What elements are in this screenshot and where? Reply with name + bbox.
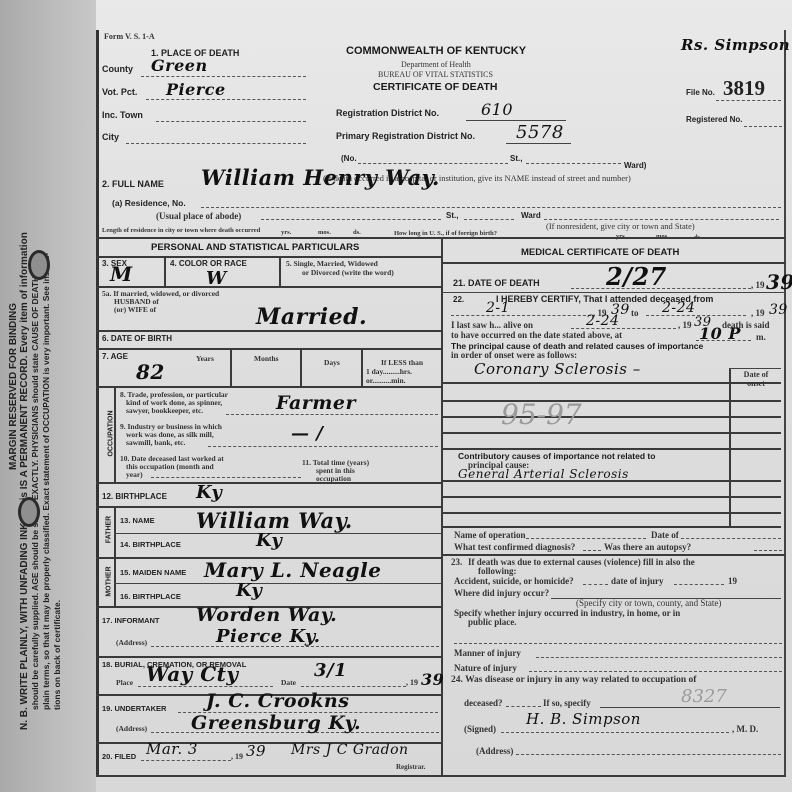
margin-line-1: N. B. WRITE PLAINLY, WITH UNFADING INK—T… <box>19 70 30 730</box>
age-label: 7. AGE <box>102 352 128 361</box>
county-value: Green <box>151 56 208 75</box>
city-label: City <box>102 132 119 142</box>
signed-label: (Signed) <box>464 724 496 734</box>
industry-value: — / <box>291 423 323 444</box>
specify-whether-2: public place. <box>468 617 517 627</box>
filed-year-prefix: , 19 <box>231 752 243 761</box>
length-ds: ds. <box>353 229 361 236</box>
address-no-label: (No. <box>341 154 357 163</box>
reg-district-value: 610 <box>481 100 513 119</box>
operation-date-label: Date of <box>651 530 679 540</box>
injury-date-label: date of injury <box>611 576 664 586</box>
birthplace-value: Ky <box>196 482 222 503</box>
column-divider <box>441 237 443 775</box>
residence-st-label: St., <box>446 211 458 220</box>
vot-pct-label: Vot. Pct. <box>102 87 137 97</box>
certificate-title: CERTIFICATE OF DEATH <box>373 81 497 93</box>
external-text-2: following: <box>478 566 517 576</box>
primary-reg-district-value: 5578 <box>516 122 564 143</box>
spouse-value: Married. <box>256 304 367 330</box>
external-number: 23. <box>451 557 462 567</box>
marital-label-1: 5. Single, Married, Widowed <box>286 259 378 268</box>
informant-value: Worden Way. <box>196 604 337 626</box>
undertaker-address-label: (Address) <box>116 724 147 733</box>
form-number: Form V. S. 1-A <box>104 32 155 41</box>
registrar-signature: Mrs J C Gradon <box>291 742 409 758</box>
father-birthplace-label: 14. BIRTHPLACE <box>120 540 181 549</box>
birthplace-label: 12. BIRTHPLACE <box>102 492 167 501</box>
occupation-side-label: OCCUPATION <box>108 404 115 464</box>
vot-pct-value: Pierce <box>166 80 226 99</box>
to-label: to <box>631 308 639 318</box>
race-label: 4. COLOR OR RACE <box>170 259 247 268</box>
death-certificate-page: MARGIN RESERVED FOR BINDING N. B. WRITE … <box>0 0 792 792</box>
less-than-label-1: If LESS than <box>381 358 423 367</box>
file-no-label: File No. <box>686 88 715 97</box>
margin-line-3: plain terms, so that it may be properly … <box>41 70 52 710</box>
nonresident-note: (If nonresident, give city or town and S… <box>546 221 695 231</box>
trade-value: Farmer <box>276 392 356 414</box>
margin-line-4: tions on back of certificate. <box>52 70 63 710</box>
mother-side-label: MOTHER <box>106 557 113 607</box>
primary-reg-district-line <box>506 143 571 144</box>
time-of-death-value: 10 P <box>699 324 741 343</box>
informant-label: 17. INFORMANT <box>102 616 160 625</box>
how-long-us-label: How long in U. S., if of foreign birth? <box>394 230 497 237</box>
operation-label: Name of operation <box>454 530 526 540</box>
marital-label-2: or Divorced (write the word) <box>302 268 394 277</box>
less-than-label-3: or..........min. <box>366 376 406 385</box>
undertaker-value: J. C. Crookns <box>206 690 349 712</box>
contributory-cause-value: General Arterial Sclerosis <box>458 467 629 481</box>
stamp-signature: Rs. Simpson <box>681 36 790 54</box>
burial-year-value: 39 <box>421 670 444 689</box>
last-saw-label: I last saw h... alive on <box>451 320 533 330</box>
date-onset-label: Date of onset <box>736 370 776 388</box>
months-label: Months <box>254 354 279 363</box>
dod-year-prefix: , 19 <box>751 280 765 290</box>
attended-to-year-prefix: , 19 <box>751 308 765 318</box>
test-label: What test confirmed diagnosis? <box>454 542 575 552</box>
registrar-label: Registrar. <box>396 763 425 771</box>
punch-hole-lower <box>18 497 40 527</box>
spouse-label-3: (or) WIFE of <box>114 305 156 314</box>
residence-ward-label: Ward <box>521 211 541 220</box>
bureau-label: BUREAU OF VITAL STATISTICS <box>378 70 493 79</box>
certificate-form: Form V. S. 1-A 1. PLACE OF DEATH COMMONW… <box>96 30 788 782</box>
commonwealth-title: COMMONWEALTH OF KENTUCKY <box>346 45 526 57</box>
form-bottom-line <box>96 775 786 777</box>
dod-year-value: 39 <box>766 270 792 294</box>
industry-label-3: sawmill, bank, etc. <box>126 438 185 447</box>
dob-label: 6. DATE OF BIRTH <box>102 334 172 343</box>
inc-town-label: Inc. Town <box>102 110 143 120</box>
address-st-label: St., <box>510 154 522 163</box>
mother-birthplace-value: Ky <box>236 580 262 601</box>
principal-text-2: in order of onset were as follows: <box>451 350 577 360</box>
primary-reg-district-label: Primary Registration District No. <box>336 131 475 141</box>
principal-cause-value: Coronary Sclerosis – <box>474 360 641 378</box>
margin-line-2: should be carefully supplied. AGE should… <box>30 70 41 710</box>
deceased-label: deceased? <box>464 698 503 708</box>
length-residence-label: Length of residence in city or town wher… <box>102 227 260 234</box>
punch-hole-upper <box>28 250 50 280</box>
nature-label: Nature of injury <box>454 663 517 673</box>
file-number: 3819 <box>723 76 765 101</box>
last-worked-label-3: year) <box>126 470 143 479</box>
burial-year-prefix: , 19 <box>406 678 418 687</box>
city-line <box>126 143 306 144</box>
filed-label: 20. FILED <box>102 752 136 761</box>
autopsy-label: Was there an autopsy? <box>604 542 691 552</box>
department-label: Department of Health <box>401 60 471 69</box>
age-years-value: 82 <box>136 360 165 384</box>
dod-label: 21. DATE OF DEATH <box>453 278 540 288</box>
medical-heading: MEDICAL CERTIFICATE OF DEATH <box>521 247 679 258</box>
days-label: Days <box>324 358 340 367</box>
injury-year-label: 19 <box>728 576 737 586</box>
pencil-code-2: 8327 <box>681 686 727 707</box>
where-label: Where did injury occur? <box>454 588 549 598</box>
mother-name-label: 15. MAIDEN NAME <box>120 568 186 577</box>
reg-district-line <box>466 120 566 121</box>
margin-reserved: MARGIN RESERVED FOR BINDING <box>8 303 19 470</box>
md-label: , M. D. <box>732 724 758 734</box>
full-name-value: William Henry Way. <box>201 165 440 190</box>
accident-label: Accident, suicide, or homicide? <box>454 576 574 586</box>
inc-town-line <box>156 121 306 122</box>
address-ward-label: Ward) <box>624 161 646 170</box>
last-saw-year-prefix: , 19 <box>678 320 692 330</box>
registered-no-label: Registered No. <box>686 115 742 124</box>
length-yrs: yrs. <box>281 229 291 236</box>
filed-year-value: 39 <box>246 742 266 760</box>
margin-instructions: MARGIN RESERVED FOR BINDING N. B. WRITE … <box>8 70 63 770</box>
filed-date-value: Mar. 3 <box>146 740 198 758</box>
county-line <box>141 76 306 77</box>
usual-place-label: (Usual place of abode) <box>156 211 241 221</box>
burial-date-value: 3/1 <box>314 660 347 681</box>
father-birthplace-value: Ky <box>256 530 282 551</box>
specify-place-note: (Specify city or town, county, and State… <box>576 598 721 608</box>
attended-from-value: 2-1 <box>486 300 510 316</box>
mother-name-value: Mary L. Neagle <box>204 558 381 582</box>
physician-signature: H. B. Simpson <box>526 710 641 728</box>
certify-number: 22. <box>453 295 464 304</box>
informant-address-value: Pierce Ky. <box>216 626 320 647</box>
pencil-cause-code: 95-97 <box>501 398 582 431</box>
father-name-label: 13. NAME <box>120 516 155 525</box>
full-name-label: 2. FULL NAME <box>102 179 164 189</box>
attended-to-value: 2-24 <box>662 300 695 316</box>
physician-address-label: (Address) <box>476 746 513 756</box>
attended-to-year: 39 <box>769 302 788 318</box>
trade-label-3: sawyer, bookkeeper, etc. <box>126 406 203 415</box>
occurred-text: to have occurred on the date stated abov… <box>451 330 622 340</box>
burial-place-value: Way Cty <box>146 662 239 686</box>
manner-label: Manner of injury <box>454 648 521 658</box>
undertaker-address-value: Greensburg Ky. <box>191 712 361 734</box>
reg-district-label: Registration District No. <box>336 108 439 118</box>
occupation-question: 24. Was disease or injury in any way rel… <box>451 675 696 685</box>
mother-birthplace-label: 16. BIRTHPLACE <box>120 592 181 601</box>
father-side-label: FATHER <box>106 505 113 555</box>
personal-heading: PERSONAL AND STATISTICAL PARTICULARS <box>151 242 359 253</box>
informant-address-label: (Address) <box>116 638 147 647</box>
last-saw-value: 2-24 <box>586 313 619 329</box>
undertaker-label: 19. UNDERTAKER <box>102 704 166 713</box>
residence-label: (a) Residence, No. <box>112 198 186 208</box>
registered-no-line <box>744 126 782 127</box>
vot-pct-line <box>146 99 306 100</box>
binding-margin: MARGIN RESERVED FOR BINDING N. B. WRITE … <box>0 0 96 792</box>
if-so-label: If so, specify <box>543 698 591 708</box>
sex-value: M <box>110 262 133 286</box>
burial-place-label: Place <box>116 678 133 687</box>
length-mos: mos. <box>318 229 331 236</box>
years-label: Years <box>196 354 214 363</box>
m-label: m. <box>756 332 766 342</box>
less-than-label-2: 1 day.........hrs. <box>366 367 412 376</box>
burial-date-label: Date <box>281 678 296 687</box>
county-label: County <box>102 64 133 74</box>
dod-value: 2/27 <box>606 262 667 291</box>
